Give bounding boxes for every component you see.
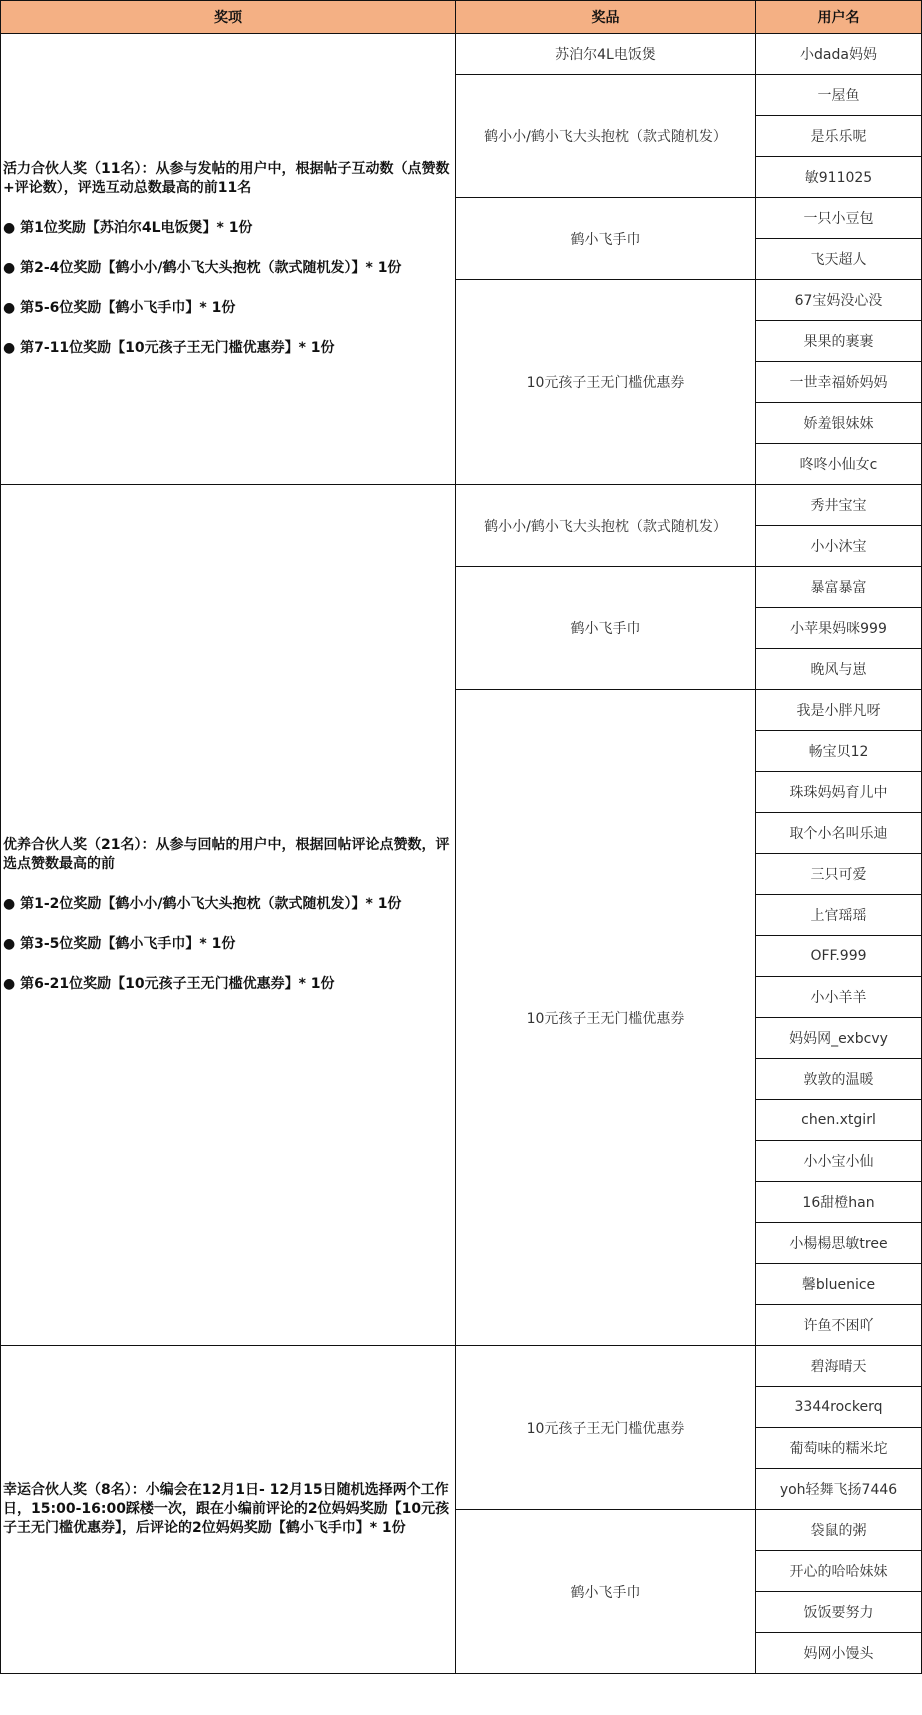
header-prize: 奖品: [456, 1, 756, 34]
username-cell: chen.xtgirl: [756, 1100, 922, 1141]
award-rule-line: ● 第3-5位奖励【鹤小飞手巾】* 1份: [3, 935, 453, 954]
username-cell: 三只可爱: [756, 854, 922, 895]
award-cell: 优养合伙人奖（21名）：从参与回帖的用户中，根据回帖评论点赞数，评选点赞数最高的…: [1, 485, 456, 1346]
username-cell: 暴富暴富: [756, 567, 922, 608]
username-cell: 妈网小馒头: [756, 1633, 922, 1674]
username-cell: 畅宝贝12: [756, 731, 922, 772]
username-cell: 67宝妈没心没: [756, 280, 922, 321]
table-row: 优养合伙人奖（21名）：从参与回帖的用户中，根据回帖评论点赞数，评选点赞数最高的…: [1, 485, 922, 526]
username-cell: 晚风与崽: [756, 649, 922, 690]
username-cell: 珠珠妈妈育儿中: [756, 772, 922, 813]
prize-cell: 10元孩子王无门槛优惠券: [456, 280, 756, 485]
table-row: 活力合伙人奖（11名）：从参与发帖的用户中，根据帖子互动数（点赞数+评论数），评…: [1, 34, 922, 75]
username-cell: 饭饭要努力: [756, 1592, 922, 1633]
username-cell: 小楊楊思敏tree: [756, 1223, 922, 1264]
username-cell: 葡萄味的糯米坨: [756, 1428, 922, 1469]
award-rule-line: ● 第2-4位奖励【鹤小小/鹤小飞大头抱枕（款式随机发）】* 1份: [3, 259, 453, 278]
header-award: 奖项: [1, 1, 456, 34]
username-cell: 袋鼠的粥: [756, 1510, 922, 1551]
prize-cell: 鹤小飞手巾: [456, 567, 756, 690]
username-cell: 秀井宝宝: [756, 485, 922, 526]
username-cell: 小dada妈妈: [756, 34, 922, 75]
username-cell: yoh轻舞飞扬7446: [756, 1469, 922, 1510]
username-cell: 敏911025: [756, 157, 922, 198]
username-cell: 飞天超人: [756, 239, 922, 280]
username-cell: 小小沐宝: [756, 526, 922, 567]
username-cell: 许鱼不困吖: [756, 1305, 922, 1346]
username-cell: 妈妈网_exbcvy: [756, 1018, 922, 1059]
username-cell: 咚咚小仙女c: [756, 444, 922, 485]
prize-cell: 10元孩子王无门槛优惠券: [456, 690, 756, 1346]
prize-cell: 鹤小小/鹤小飞大头抱枕（款式随机发）: [456, 485, 756, 567]
header-username: 用户名: [756, 1, 922, 34]
header-row: 奖项 奖品 用户名: [1, 1, 922, 34]
award-rule-line: ● 第7-11位奖励【10元孩子王无门槛优惠券】* 1份: [3, 339, 453, 358]
table-row: 幸运合伙人奖（8名）：小编会在12月1日- 12月15日随机选择两个工作日，15…: [1, 1346, 922, 1387]
prize-cell: 鹤小飞手巾: [456, 198, 756, 280]
username-cell: 开心的哈哈妹妹: [756, 1551, 922, 1592]
prize-cell: 苏泊尔4L电饭煲: [456, 34, 756, 75]
username-cell: 果果的裹裹: [756, 321, 922, 362]
award-cell: 活力合伙人奖（11名）：从参与发帖的用户中，根据帖子互动数（点赞数+评论数），评…: [1, 34, 456, 485]
award-description: 活力合伙人奖（11名）：从参与发帖的用户中，根据帖子互动数（点赞数+评论数），评…: [3, 160, 453, 198]
username-cell: 娇羞银妹妹: [756, 403, 922, 444]
username-cell: 一世幸福娇妈妈: [756, 362, 922, 403]
username-cell: 小苹果妈咪999: [756, 608, 922, 649]
award-description: 优养合伙人奖（21名）：从参与回帖的用户中，根据回帖评论点赞数，评选点赞数最高的…: [3, 836, 453, 874]
award-description: 幸运合伙人奖（8名）：小编会在12月1日- 12月15日随机选择两个工作日，15…: [3, 1481, 453, 1538]
award-cell: 幸运合伙人奖（8名）：小编会在12月1日- 12月15日随机选择两个工作日，15…: [1, 1346, 456, 1674]
username-cell: 小小羊羊: [756, 977, 922, 1018]
username-cell: 3344rockerq: [756, 1387, 922, 1428]
awards-table: 奖项 奖品 用户名 活力合伙人奖（11名）：从参与发帖的用户中，根据帖子互动数（…: [0, 0, 922, 1674]
award-rule-line: ● 第1-2位奖励【鹤小小/鹤小飞大头抱枕（款式随机发）】* 1份: [3, 895, 453, 914]
username-cell: 我是小胖凡呀: [756, 690, 922, 731]
awards-body: 活力合伙人奖（11名）：从参与发帖的用户中，根据帖子互动数（点赞数+评论数），评…: [1, 34, 922, 1674]
award-rule-line: ● 第6-21位奖励【10元孩子王无门槛优惠券】* 1份: [3, 975, 453, 994]
prize-cell: 鹤小飞手巾: [456, 1510, 756, 1674]
username-cell: 取个小名叫乐迪: [756, 813, 922, 854]
prize-cell: 鹤小小/鹤小飞大头抱枕（款式随机发）: [456, 75, 756, 198]
username-cell: 馨bluenice: [756, 1264, 922, 1305]
prize-cell: 10元孩子王无门槛优惠券: [456, 1346, 756, 1510]
username-cell: 上官瑶瑶: [756, 895, 922, 936]
username-cell: 一屋鱼: [756, 75, 922, 116]
username-cell: 碧海晴天: [756, 1346, 922, 1387]
award-rule-line: ● 第1位奖励【苏泊尔4L电饭煲】* 1份: [3, 219, 453, 238]
award-rule-line: ● 第5-6位奖励【鹤小飞手巾】* 1份: [3, 299, 453, 318]
username-cell: 敦敦的温暖: [756, 1059, 922, 1100]
username-cell: 小小宝小仙: [756, 1141, 922, 1182]
username-cell: 是乐乐呢: [756, 116, 922, 157]
username-cell: 16甜橙han: [756, 1182, 922, 1223]
username-cell: 一只小豆包: [756, 198, 922, 239]
username-cell: OFF.999: [756, 936, 922, 977]
